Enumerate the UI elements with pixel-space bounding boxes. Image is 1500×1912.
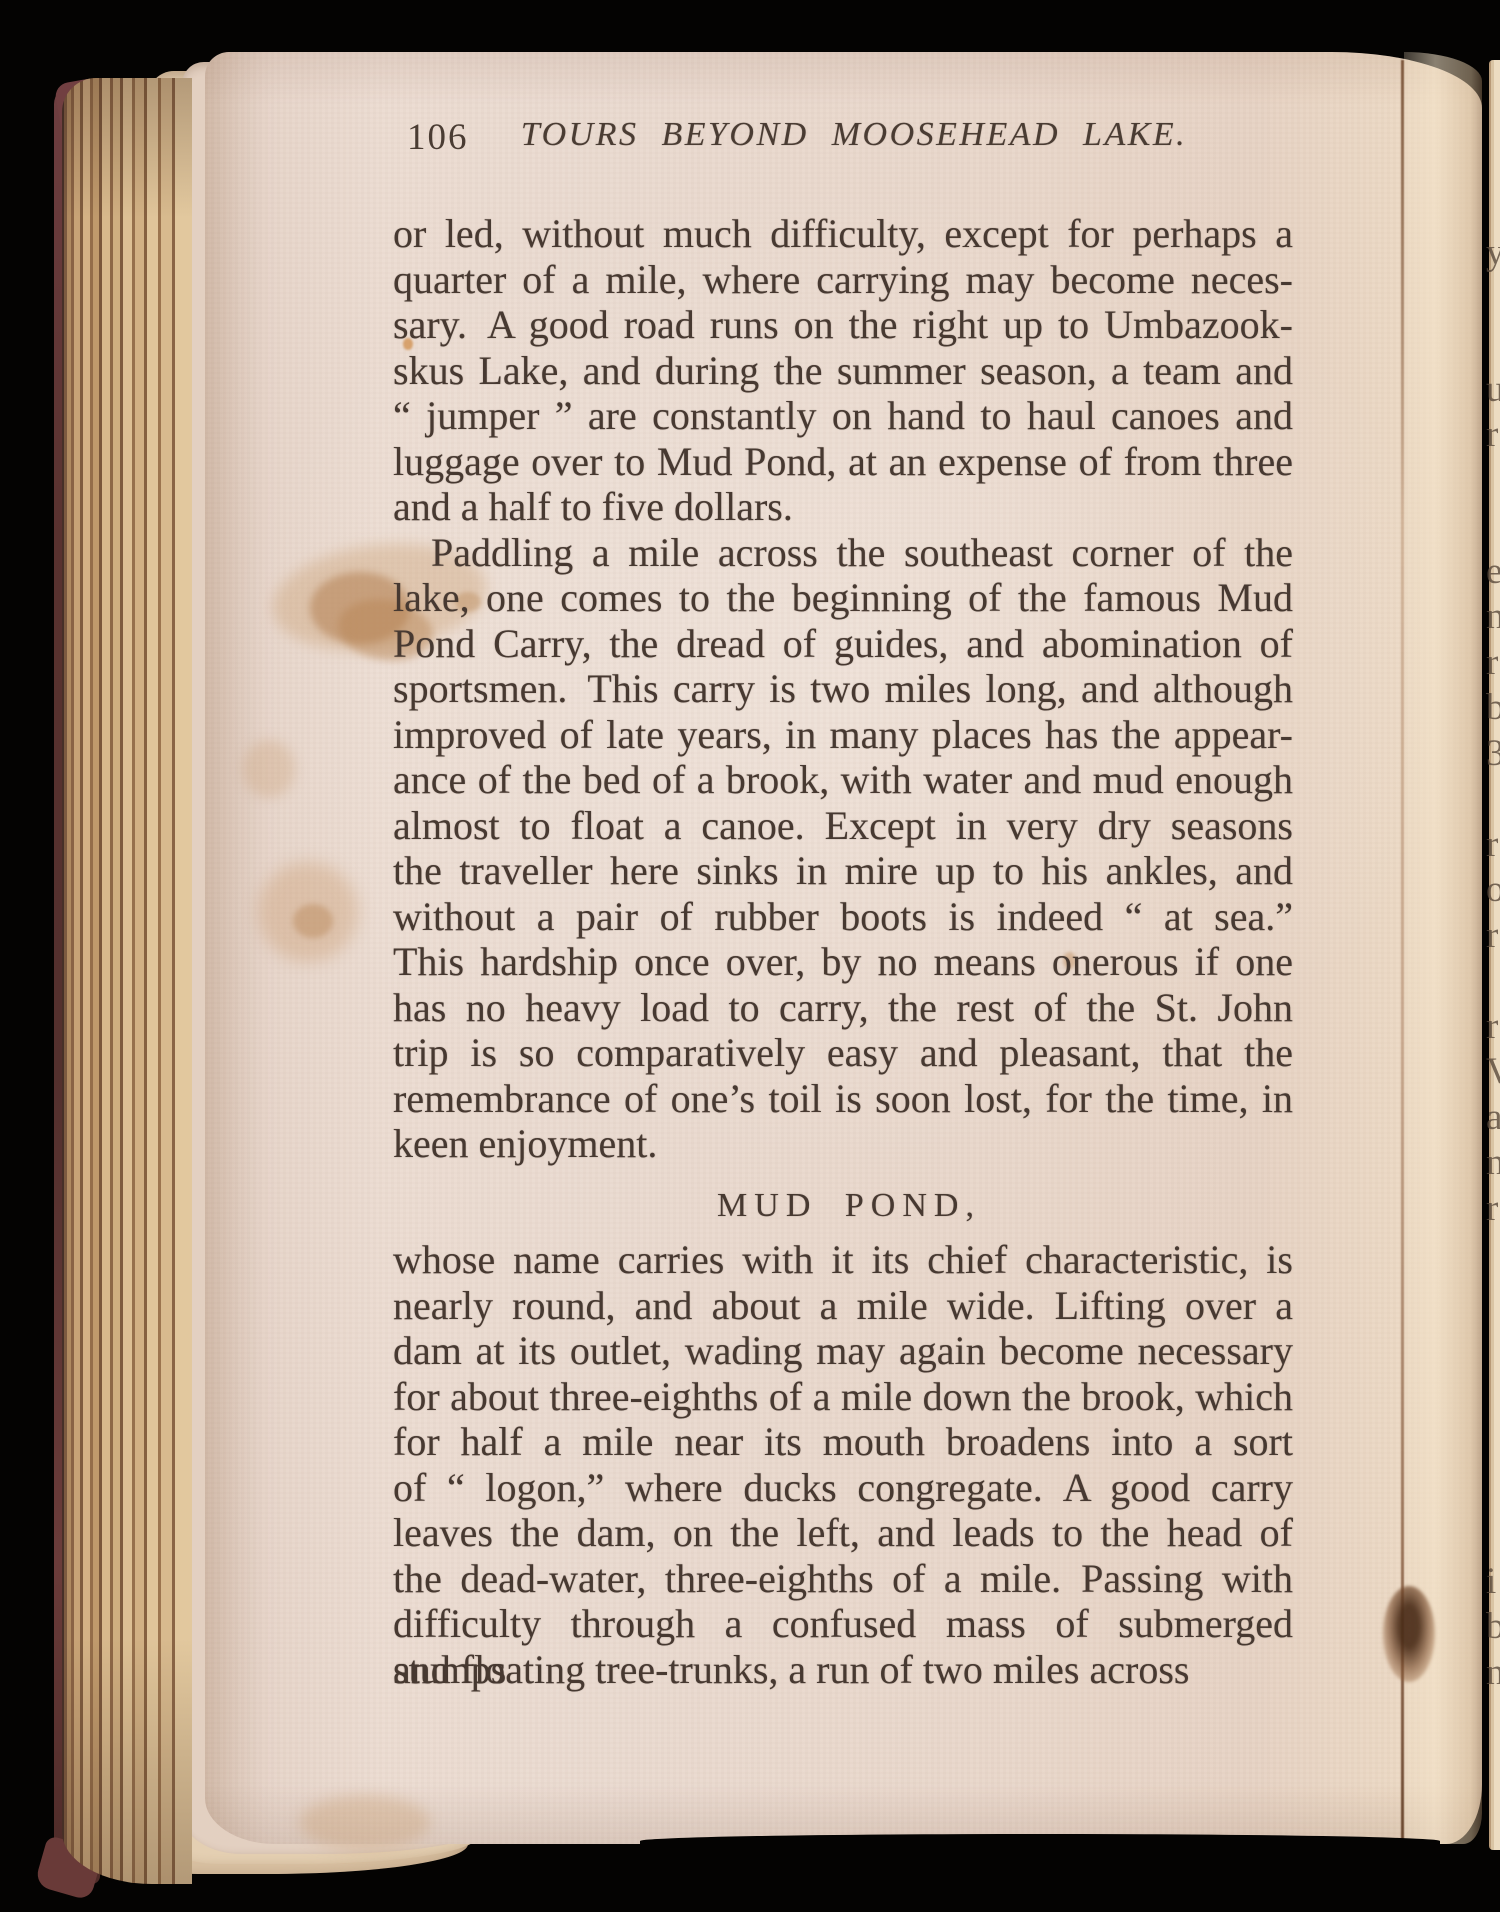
- text-line: “ jumper ” are constantly on hand to hau…: [393, 393, 1293, 439]
- text-line: the dead-water, three-eighths of a mile.…: [393, 1556, 1293, 1602]
- text-block: or led, without much difficulty, except …: [393, 211, 1293, 1692]
- book-photo-scene: 106 TOURS BEYOND MOOSEHEAD LAKE. or led,…: [0, 0, 1500, 1912]
- text-line: skus Lake, and during the summer season,…: [393, 348, 1293, 394]
- text-line: for half a mile near its mouth broadens …: [393, 1419, 1293, 1465]
- text-line: sportsmen. This carry is two miles long,…: [393, 666, 1293, 712]
- text-line: almost to float a canoe. Except in very …: [393, 803, 1293, 849]
- text-line: and a half to five dollars.: [393, 484, 1293, 530]
- page-fold-highlight: [1404, 52, 1482, 1844]
- text-line: or led, without much difficulty, except …: [393, 211, 1293, 257]
- page-header: 106 TOURS BEYOND MOOSEHEAD LAKE.: [393, 112, 1293, 164]
- facing-page-letter-fragment: r: [1486, 915, 1500, 961]
- stain: [293, 904, 333, 938]
- facing-page-letter-fragment: b: [1486, 687, 1500, 733]
- facing-page-letter-fragment: i: [1486, 1561, 1500, 1607]
- stain: [300, 1795, 430, 1850]
- text-line: This hardship once over, by no means one…: [393, 939, 1293, 985]
- facing-page-letter-fragment: r: [1486, 414, 1500, 460]
- text-line: whose name carries with it its chief cha…: [393, 1237, 1293, 1283]
- facing-page-letter-fragment: o: [1486, 869, 1500, 915]
- text-line: difficulty through a confused mass of su…: [393, 1601, 1293, 1647]
- stain: [243, 740, 295, 798]
- text-line: luggage over to Mud Pond, at an expense …: [393, 439, 1293, 485]
- facing-page-letter-fragment: u: [1486, 369, 1500, 415]
- facing-page-letter-fragment: 3: [1486, 733, 1500, 779]
- facing-page-letter-fragment: a: [1486, 1097, 1500, 1143]
- text-line: the traveller here sinks in mire up to h…: [393, 848, 1293, 894]
- facing-page-letter-fragment: y: [1486, 232, 1500, 278]
- text-line: Pond Carry, the dread of guides, and abo…: [393, 621, 1293, 667]
- facing-page-letter-fragment: e: [1486, 551, 1500, 597]
- facing-page-letter-fragment: V: [1486, 1051, 1500, 1097]
- facing-page-letter-fragment: n: [1486, 1142, 1500, 1188]
- text-line: of “ logon,” where ducks congregate. A g…: [393, 1465, 1293, 1511]
- text-line: improved of late years, in many places h…: [393, 712, 1293, 758]
- text-line: nearly round, and about a mile wide. Lif…: [393, 1283, 1293, 1329]
- facing-page-letter-fragment: r: [1486, 1006, 1500, 1052]
- facing-page-letter-fragment: n: [1486, 1652, 1500, 1698]
- text-line: has no heavy load to carry, the rest of …: [393, 985, 1293, 1031]
- text-line: and floating tree-trunks, a run of two m…: [393, 1647, 1293, 1693]
- text-line: lake, one comes to the beginning of the …: [393, 575, 1293, 621]
- text-line: leaves the dam, on the left, and leads t…: [393, 1510, 1293, 1556]
- text-line: keen enjoyment.: [393, 1121, 1293, 1167]
- facing-page-letter-fragment: r: [1486, 1188, 1500, 1234]
- text-line: sary. A good road runs on the right up t…: [393, 302, 1293, 348]
- running-title: TOURS BEYOND MOOSEHEAD LAKE.: [393, 116, 1293, 154]
- text-line: for about three-eighths of a mile down t…: [393, 1374, 1293, 1420]
- page-edges-texture: [62, 78, 192, 1884]
- facing-page-letter-fragment: n: [1486, 596, 1500, 642]
- facing-page-letter-fragment: r: [1486, 824, 1500, 870]
- section-heading: MUD POND,: [393, 1183, 1293, 1229]
- text-line: ance of the bed of a brook, with water a…: [393, 757, 1293, 803]
- text-line: remembrance of one’s toil is soon lost, …: [393, 1076, 1293, 1122]
- text-line: without a pair of rubber boots is indeed…: [393, 894, 1293, 940]
- facing-page-letter-fragment: b: [1486, 1606, 1500, 1652]
- page-crease: [1401, 60, 1404, 1840]
- stain: [258, 862, 358, 962]
- text-line: quarter of a mile, where carrying may be…: [393, 257, 1293, 303]
- facing-page-letter-fragment: r: [1486, 642, 1500, 688]
- page-bottom-shadow: [640, 1834, 1440, 1848]
- text-line: dam at its outlet, wading may again beco…: [393, 1328, 1293, 1374]
- book-page: 106 TOURS BEYOND MOOSEHEAD LAKE. or led,…: [205, 52, 1482, 1844]
- text-line: Paddling a mile across the southeast cor…: [393, 530, 1293, 576]
- text-line: trip is so comparatively easy and pleasa…: [393, 1030, 1293, 1076]
- burn-spot: [1383, 1586, 1435, 1682]
